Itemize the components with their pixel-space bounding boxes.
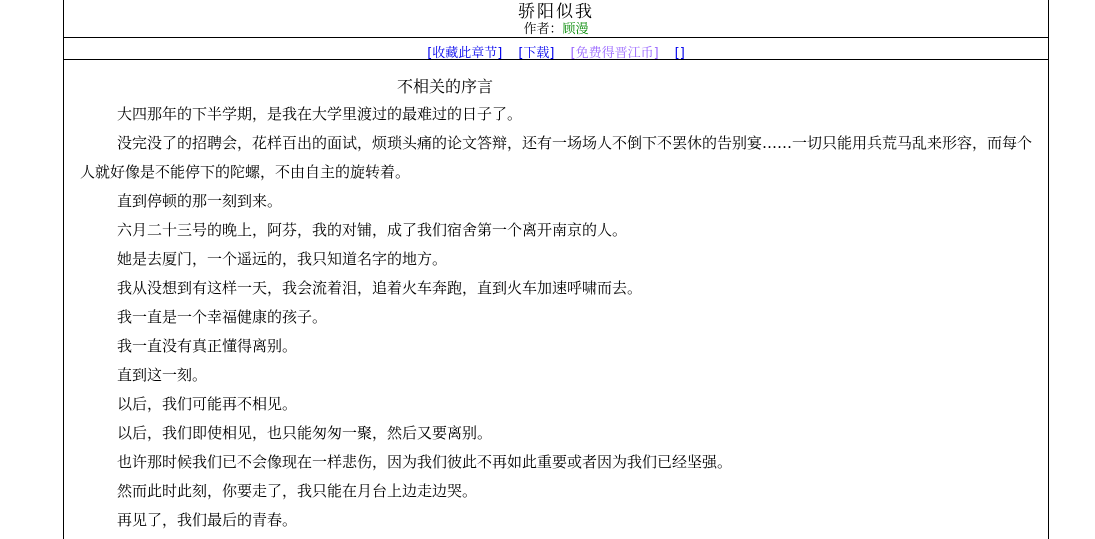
paragraph: 再见了，我们最后的青春。 <box>80 506 1032 532</box>
paragraph: 也许那时候我们已不会像现在一样悲伤，因为我们彼此不再如此重要或者因为我们已经坚强… <box>80 448 1032 477</box>
paragraph: 她是去厦门，一个遥远的，我只知道名字的地方。 <box>80 245 1032 274</box>
paragraph: 然而此时此刻，你要走了，我只能在月台上边走边哭。 <box>80 477 1032 506</box>
paragraph: 我一直是一个幸福健康的孩子。 <box>80 303 1032 332</box>
paragraph: 直到停顿的那一刻到来。 <box>80 187 1032 216</box>
paragraph: 我一直没有真正懂得离别。 <box>80 332 1032 361</box>
collect-chapter-link[interactable]: [收藏此章节] <box>427 46 502 61</box>
download-link[interactable]: [下载] <box>518 46 554 61</box>
author-name-link[interactable]: 顾漫 <box>563 22 589 37</box>
free-jinjiang-coin-link[interactable]: [免费得晋江币] <box>571 46 659 61</box>
novel-title: 骄阳似我 <box>64 2 1048 22</box>
chapter-content: 不相关的序言 大四那年的下半学期，是我在大学里渡过的最难过的日子了。 没完没了的… <box>64 78 1048 532</box>
chapter-text: 大四那年的下半学期，是我在大学里渡过的最难过的日子了。 没完没了的招聘会，花样百… <box>80 100 1032 532</box>
chapter-title: 不相关的序言 <box>80 78 810 95</box>
paragraph: 以后，我们可能再不相见。 <box>80 390 1032 419</box>
author-label: 作者： <box>523 22 562 37</box>
novel-header: 骄阳似我 作者：顾漫 <box>64 0 1048 38</box>
empty-bracket-link[interactable]: [] <box>675 46 685 61</box>
paragraph: 直到这一刻。 <box>80 361 1032 390</box>
paragraph: 我从没想到有这样一天，我会流着泪，追着火车奔跑，直到火车加速呼啸而去。 <box>80 274 1032 303</box>
paragraph: 以后，我们即使相见，也只能匆匆一聚，然后又要离别。 <box>80 419 1032 448</box>
author-line: 作者：顾漫 <box>64 22 1048 37</box>
paragraph: 六月二十三号的晚上，阿芬，我的对铺，成了我们宿舍第一个离开南京的人。 <box>80 216 1032 245</box>
paragraph: 没完没了的招聘会，花样百出的面试，烦琐头痛的论文答辩，还有一场场人不倒下不罢休的… <box>80 129 1032 187</box>
paragraph: 大四那年的下半学期，是我在大学里渡过的最难过的日子了。 <box>80 100 1032 129</box>
chapter-page-panel: 骄阳似我 作者：顾漫 [收藏此章节][下载][免费得晋江币][] 不相关的序言 … <box>63 0 1049 532</box>
chapter-toolbar: [收藏此章节][下载][免费得晋江币][] <box>64 38 1048 60</box>
